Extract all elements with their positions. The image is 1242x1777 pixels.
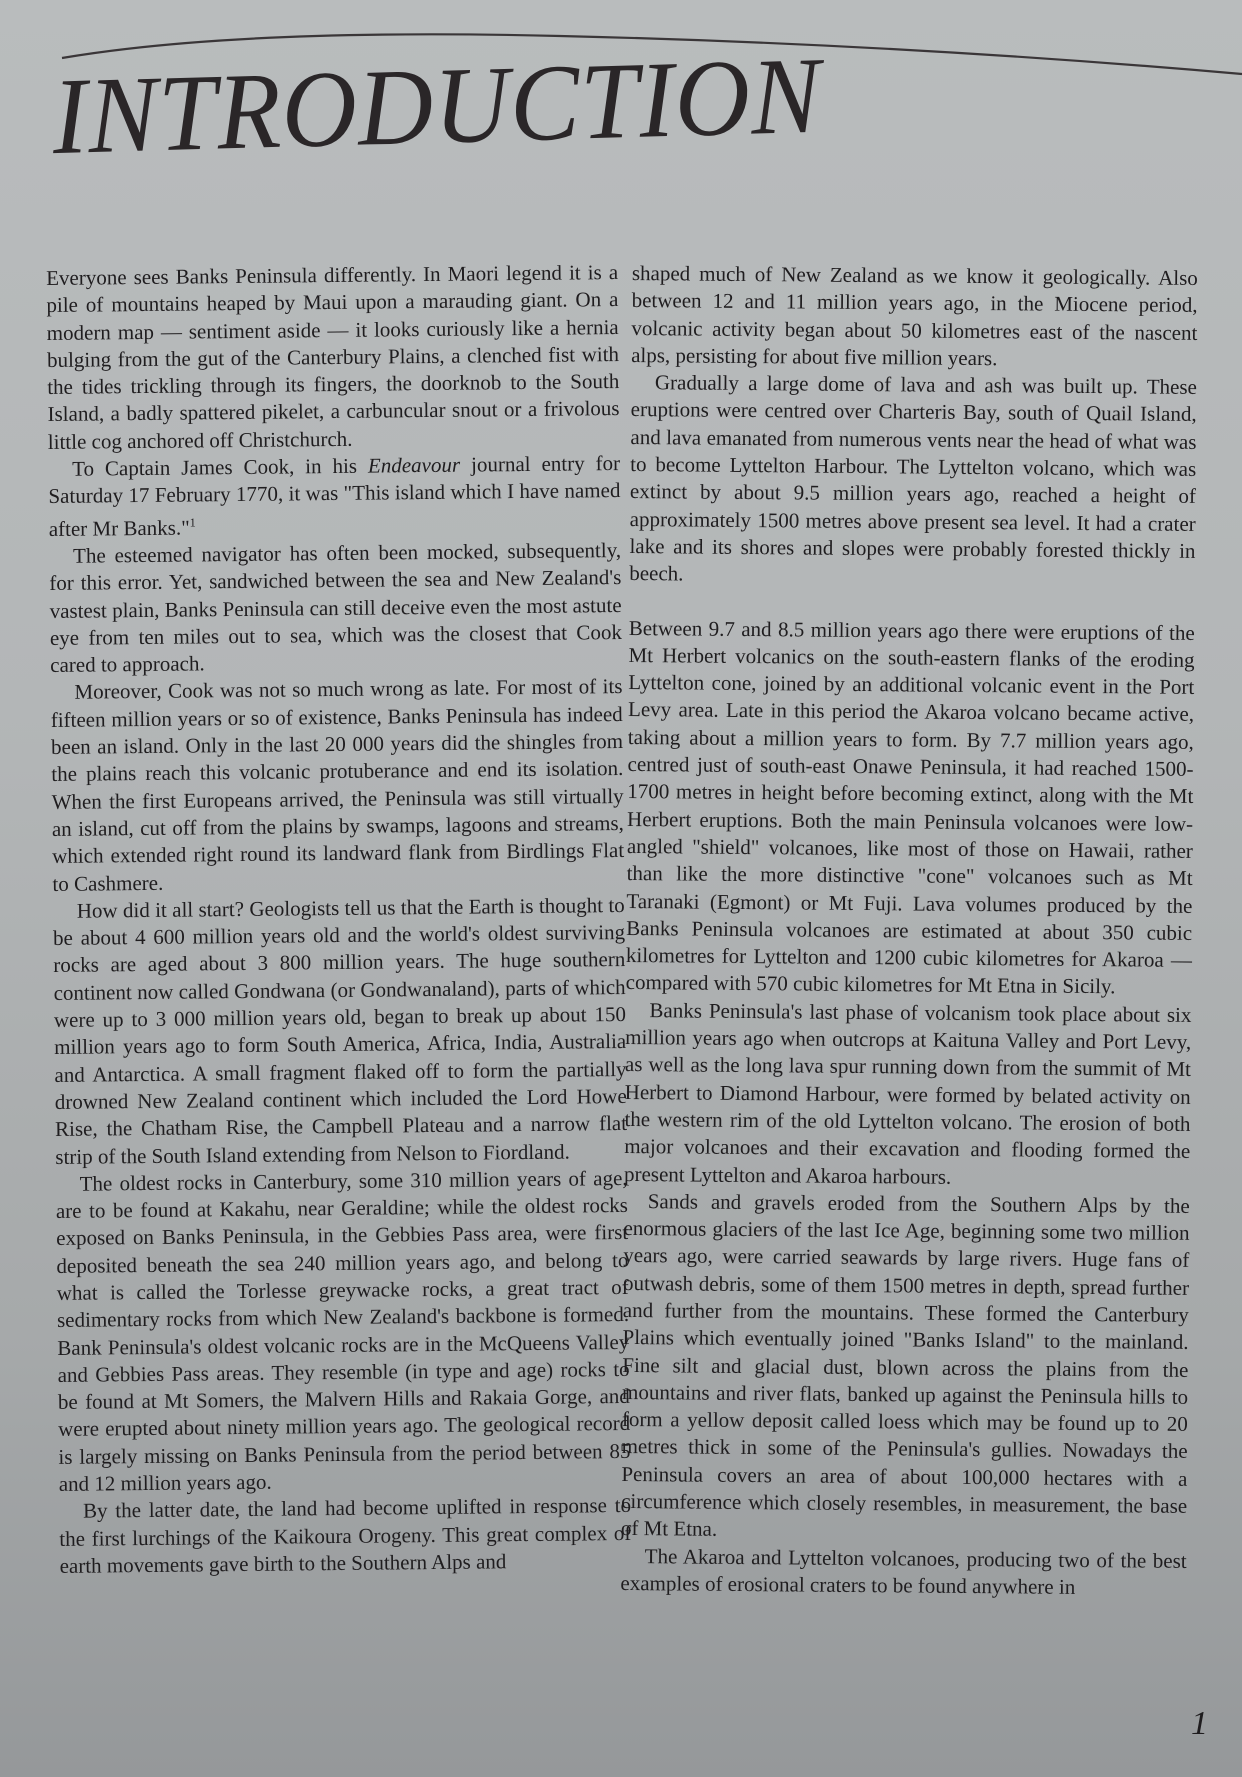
paragraph: Gradually a large dome of lava and ash w… [629,369,1197,592]
paragraph: Moreover, Cook was not so much wrong as … [50,673,624,897]
paragraph: How did it all start? Geologists tell us… [53,892,628,1171]
paragraph: The Akaroa and Lyttelton volcanoes, prod… [620,1543,1186,1603]
right-text-column: shaped much of New Zealand as we know it… [620,260,1198,1602]
ship-name-italic: Endeavour [368,453,460,478]
footnote-marker: 1 [190,515,196,529]
paragraph: Between 9.7 and 8.5 million years ago th… [626,615,1195,1002]
paragraph: By the latter date, the land had become … [59,1492,632,1580]
left-text-column: Everyone sees Banks Peninsula differentl… [46,259,632,1580]
paragraph: The esteemed navigator has often been mo… [49,537,622,679]
paragraph: To Captain James Cook, in his Endeavour … [48,450,621,543]
page-number: 1 [1191,1705,1208,1743]
paragraph: shaped much of New Zealand as we know it… [631,260,1198,374]
page-title: INTRODUCTION [51,41,823,172]
paragraph: Sands and gravels eroded from the Southe… [621,1188,1190,1548]
paragraph: The oldest rocks in Canterbury, some 310… [55,1165,630,1499]
paragraph: Banks Peninsula's last phase of volcanis… [624,997,1192,1193]
paragraph: Everyone sees Banks Peninsula differentl… [46,259,620,456]
book-page: INTRODUCTION Everyone sees Banks Peninsu… [0,0,1242,1777]
